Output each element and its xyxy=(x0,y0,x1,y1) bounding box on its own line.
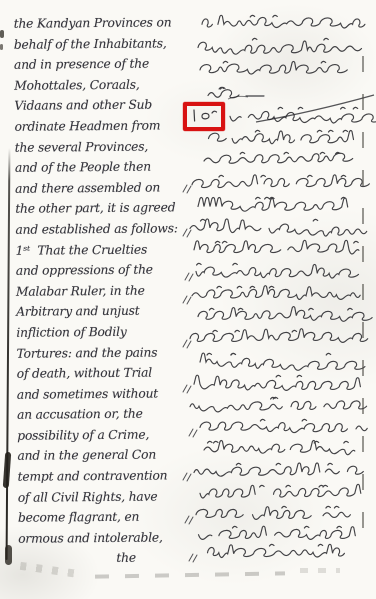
sinhala-line xyxy=(198,37,362,57)
english-line: and in the general Con xyxy=(17,445,189,467)
left-edge-fold-line xyxy=(6,148,11,560)
english-line: ordinate Headmen from xyxy=(14,115,186,137)
edge-speck xyxy=(0,44,3,50)
sinhala-line xyxy=(200,129,352,149)
sinhala-line xyxy=(192,174,360,194)
english-line: become flagrant, en xyxy=(18,506,190,528)
english-line: the Kandyan Provinces on xyxy=(14,12,186,34)
english-column: the Kandyan Provinces on behalf of the I… xyxy=(14,12,191,570)
highlighted-glyphs xyxy=(187,106,221,127)
english-line: the several Provinces, xyxy=(15,136,187,158)
sinhala-line xyxy=(200,418,356,438)
sinhala-line xyxy=(230,106,366,126)
english-line: 1ˢᵗ That the Cruelties xyxy=(16,239,188,261)
margin-mark xyxy=(184,267,194,286)
margin-mark xyxy=(182,379,192,398)
sinhala-line xyxy=(196,262,358,282)
manuscript-page: the Kandyan Provinces on behalf of the I… xyxy=(0,0,376,599)
sinhala-line xyxy=(190,218,360,238)
english-line: and in presence of the xyxy=(14,53,186,75)
english-line: and sometimes without xyxy=(17,383,189,405)
english-line: infliction of Bodily xyxy=(16,321,188,343)
margin-mark xyxy=(182,334,192,353)
english-line: and oppressions of the xyxy=(16,259,188,281)
english-line: an accusation or, the xyxy=(17,404,189,426)
sinhala-line xyxy=(204,440,352,460)
english-line: and established as follows: xyxy=(15,218,187,240)
sinhala-line xyxy=(194,374,358,394)
margin-mark xyxy=(188,423,198,442)
sinhala-line xyxy=(198,196,352,216)
english-line: behalf of the Inhabitants, xyxy=(14,33,186,55)
bottom-smudge xyxy=(300,568,340,573)
ink-blob xyxy=(5,545,12,565)
sinhala-line xyxy=(200,543,338,563)
sinhala-line xyxy=(198,307,356,327)
sinhala-column xyxy=(190,0,376,599)
margin-mark xyxy=(188,548,198,567)
right-edge-line xyxy=(362,56,364,550)
sinhala-line xyxy=(204,151,346,171)
red-highlight-box xyxy=(183,102,225,131)
ink-blob xyxy=(3,452,11,488)
english-line: Tortures: and the pains xyxy=(16,342,188,364)
english-line: and of the People then xyxy=(15,156,187,178)
english-line: ormous and intolerable, xyxy=(18,527,190,549)
margin-mark xyxy=(182,467,192,486)
sinhala-line xyxy=(194,240,362,260)
english-line: Arbitrary and unjust xyxy=(16,301,188,323)
english-line: Mohottales, Coraals, xyxy=(14,74,186,96)
sinhala-line xyxy=(200,352,360,372)
english-line: possibility of a Crime, xyxy=(17,424,189,446)
margin-mark xyxy=(182,223,192,242)
sinhala-line xyxy=(194,462,356,482)
english-line: of death, without Trial xyxy=(17,362,189,384)
english-line: tempt and contravention xyxy=(18,465,190,487)
english-line: Vidaans and other Sub xyxy=(14,95,186,117)
sinhala-line xyxy=(190,396,358,416)
sinhala-line xyxy=(192,285,358,305)
english-line: and there assembled on xyxy=(15,177,187,199)
margin-mark xyxy=(182,179,192,198)
edge-speck xyxy=(0,30,4,38)
sinhala-line xyxy=(190,329,360,349)
sinhala-line xyxy=(200,60,348,80)
margin-mark xyxy=(184,510,194,529)
english-line: of all Civil Rights, have xyxy=(18,486,190,508)
sinhala-line xyxy=(196,505,350,525)
english-line: the other part, it is agreed xyxy=(15,198,187,220)
sinhala-line xyxy=(192,525,352,545)
sinhala-line xyxy=(200,484,356,504)
english-line: Malabar Ruler, in the xyxy=(16,280,188,302)
sinhala-line xyxy=(202,14,362,34)
margin-mark xyxy=(182,290,192,309)
